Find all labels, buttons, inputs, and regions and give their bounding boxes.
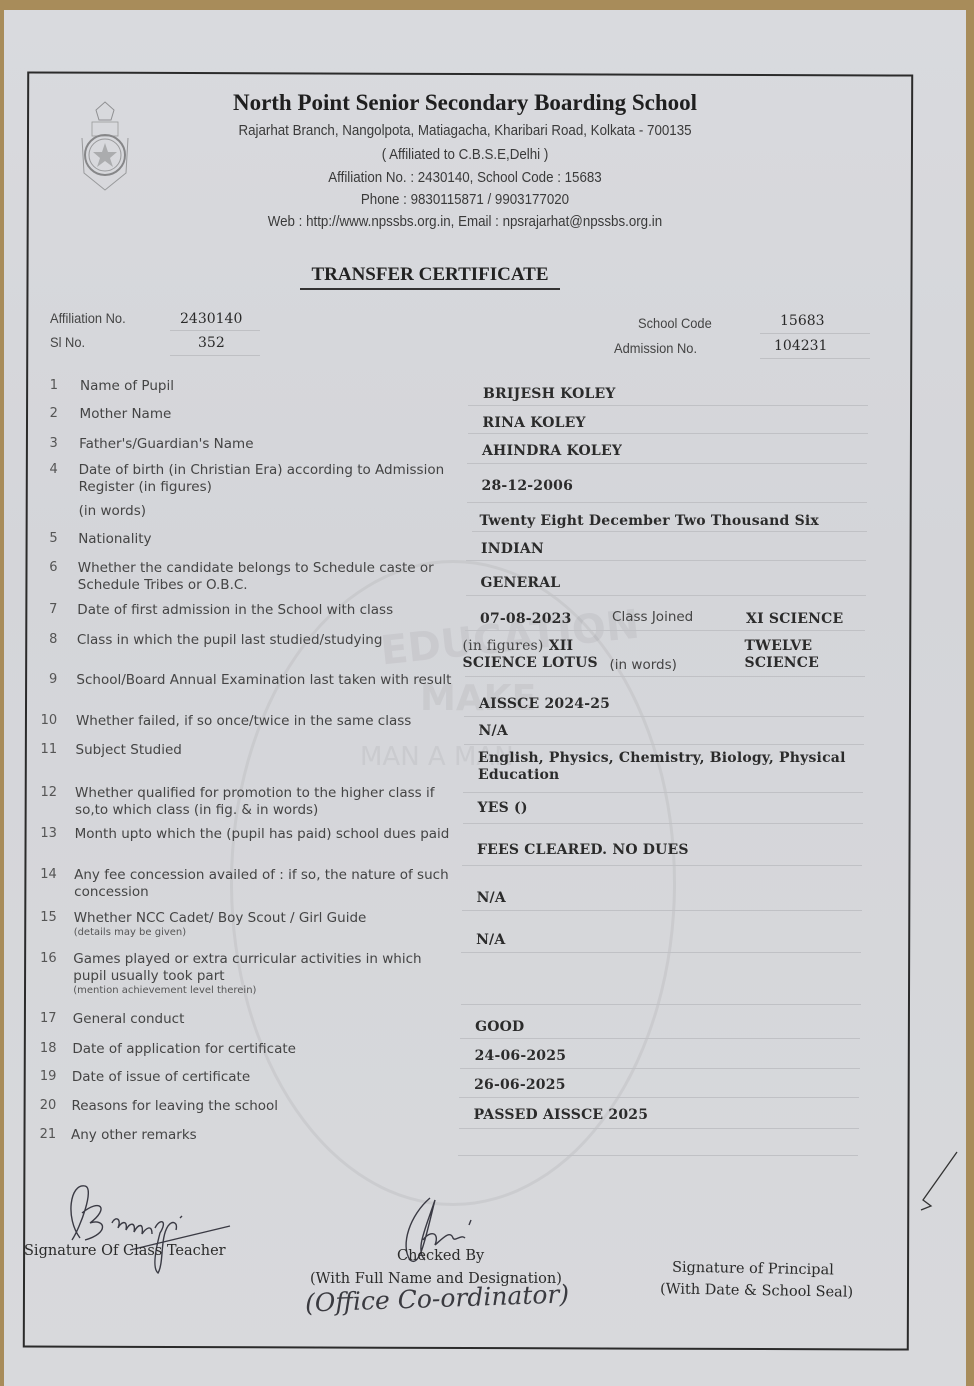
school-crest-icon <box>74 98 136 193</box>
divider <box>460 1038 860 1039</box>
row-number: 2 <box>36 406 58 421</box>
row-number: 15 <box>35 910 57 925</box>
divider <box>467 502 867 503</box>
field-value: BRIJESH KOLEY <box>483 386 863 403</box>
field-label-text: School/Board Annual Examination last tak… <box>76 672 451 688</box>
row-number: 5 <box>36 531 58 546</box>
affiliation-value: 2430140 <box>180 311 242 327</box>
row-number: 3 <box>36 436 58 451</box>
divider <box>468 405 868 406</box>
field-value: English, Physics, Chemistry, Biology, Ph… <box>478 750 858 784</box>
field-label-text: Subject Studied <box>76 742 182 758</box>
divider <box>461 1004 861 1005</box>
field-label-text: Name of Pupil <box>80 378 174 394</box>
divider <box>463 792 863 793</box>
field-label-text: Whether the candidate belongs to Schedul… <box>78 560 434 593</box>
field-value: GENERAL <box>481 575 861 592</box>
divider <box>760 333 870 334</box>
school-name: North Point Senior Secondary Boarding Sc… <box>140 90 790 116</box>
divider <box>462 910 862 911</box>
field-label-text: Nationality <box>78 531 151 547</box>
field-value: N/A <box>476 932 856 949</box>
divider <box>459 1128 859 1129</box>
field-label: Mother Name <box>80 406 460 423</box>
row-number: 13 <box>35 826 57 841</box>
affiliation-line: Affiliation No. : 2430140, School Code :… <box>166 170 764 186</box>
field-value: GOOD <box>475 1019 855 1036</box>
checked-by-label: Checked By <box>397 1248 484 1264</box>
row-number: 12 <box>35 785 57 800</box>
field-value: 24-06-2025 <box>475 1048 855 1065</box>
principal-label: Signature of Principal <box>672 1260 834 1279</box>
row-number: 11 <box>35 742 57 757</box>
field-label: Class in which the pupil last studied/st… <box>77 632 457 649</box>
divider <box>170 330 260 331</box>
field-label: General conduct <box>73 1011 453 1028</box>
divider <box>464 744 864 745</box>
field-value: AHINDRA KOLEY <box>482 443 862 460</box>
divider <box>472 531 867 532</box>
in-words-value: TWELVE SCIENCE <box>745 638 845 672</box>
field-label-text: Whether NCC Cadet/ Boy Scout / Girl Guid… <box>74 910 367 926</box>
divider <box>760 358 870 359</box>
row-number: 18 <box>34 1041 56 1056</box>
divider <box>461 952 861 953</box>
field-value: INDIAN <box>481 541 861 558</box>
row-number: 10 <box>35 713 57 728</box>
row-number: 17 <box>35 1011 57 1026</box>
divider <box>467 463 867 464</box>
divider <box>463 823 863 824</box>
field-value: PASSED AISSCE 2025 <box>474 1107 854 1124</box>
field-label: Date of birth (in Christian Era) accordi… <box>79 462 459 496</box>
school-code-label: School Code <box>638 315 712 331</box>
field-label-text: Month upto which the (pupil has paid) sc… <box>75 826 450 842</box>
row-number: 19 <box>34 1069 56 1084</box>
field-label: Whether failed, if so once/twice in the … <box>76 713 456 730</box>
field-label-text: Any fee concession availed of : if so, t… <box>74 867 448 900</box>
field-label: School/Board Annual Examination last tak… <box>76 672 456 689</box>
field-label: Whether qualified for promotion to the h… <box>75 785 455 819</box>
field-label-text: Class in which the pupil last studied/st… <box>77 632 383 648</box>
field-value: AISSCE 2024-25 <box>479 696 859 713</box>
field-label: Whether NCC Cadet/ Boy Scout / Girl Guid… <box>74 910 454 939</box>
field-label: Nationality <box>78 531 458 548</box>
field-value: N/A <box>479 723 859 740</box>
field-value: FEES CLEARED. NO DUES <box>477 842 857 859</box>
field-label-note: (mention achievement level therein) <box>73 985 453 997</box>
field-label-text: Date of issue of certificate <box>72 1069 250 1085</box>
field-label: Date of application for certificate <box>72 1041 452 1058</box>
field-label-text: Reasons for leaving the school <box>71 1098 278 1114</box>
field-label: Name of Pupil <box>80 378 460 395</box>
class-joined-label: Class Joined <box>612 609 712 626</box>
divider <box>466 560 866 561</box>
web-email-line: Web : http://www.npssbs.org.in, Email : … <box>166 214 764 230</box>
field-label-text: Date of first admission in the School wi… <box>77 602 393 618</box>
in-figures-label: (in figures) <box>463 638 544 654</box>
school-address: Rajarhat Branch, Nangolpota, Matiagacha,… <box>166 123 764 139</box>
row-number: 21 <box>34 1127 56 1142</box>
field-label: Father's/Guardian's Name <box>79 436 459 453</box>
divider <box>466 595 866 596</box>
field-label-text: Mother Name <box>80 406 172 422</box>
row-number: 4 <box>36 462 58 477</box>
field-label: Month upto which the (pupil has paid) sc… <box>75 826 455 843</box>
divider <box>468 433 868 434</box>
field-value: 28-12-2006 <box>482 478 862 495</box>
field-value: 26-06-2025 <box>474 1077 854 1094</box>
field-label-note: (details may be given) <box>74 927 454 939</box>
row-number: 9 <box>35 672 57 687</box>
principal-note: (With Date & School Seal) <box>660 1281 853 1300</box>
field-label-text: Any other remarks <box>71 1127 197 1143</box>
divider <box>170 355 260 356</box>
class-joined-value: XI SCIENCE <box>746 611 866 628</box>
field-label: Games played or extra curricular activit… <box>73 951 453 997</box>
divider <box>462 865 862 866</box>
school-code-value: 15683 <box>780 313 825 329</box>
field-sub-value: Twenty Eight December Two Thousand Six <box>480 513 860 530</box>
field-label-text: Date of birth (in Christian Era) accordi… <box>79 462 445 495</box>
affiliation-label: Affiliation No. <box>50 310 126 326</box>
divider <box>460 1068 860 1069</box>
field-label-text: Date of application for certificate <box>72 1041 296 1057</box>
sl-value: 352 <box>198 335 225 351</box>
field-value: N/A <box>477 890 857 907</box>
class-teacher-signature <box>60 1178 240 1278</box>
field-label: Any fee concession availed of : if so, t… <box>74 867 454 901</box>
phone-line: Phone : 9830115871 / 9903177020 <box>166 192 764 208</box>
row-number: 16 <box>35 951 57 966</box>
field-label: Subject Studied <box>76 742 456 759</box>
row-number: 14 <box>35 867 57 882</box>
field-label: Any other remarks <box>71 1127 451 1144</box>
divider <box>464 716 864 717</box>
class-in-figures: (in figures) XII SCIENCE LOTUS <box>463 638 603 672</box>
admission-value: 104231 <box>774 338 827 354</box>
field-label-text: Whether failed, if so once/twice in the … <box>76 713 411 729</box>
row-number: 6 <box>36 560 58 575</box>
pen-mark <box>915 1150 960 1220</box>
sl-label: Sl No. <box>50 334 85 350</box>
field-label: Reasons for leaving the school <box>71 1098 451 1115</box>
divider <box>465 676 865 677</box>
class-teacher-label: Signature Of Class Teacher <box>24 1243 226 1259</box>
field-label-text: Games played or extra curricular activit… <box>73 951 421 984</box>
field-value: YES () <box>478 800 858 817</box>
row-number: 8 <box>35 632 57 647</box>
field-value: RINA KOLEY <box>483 415 863 432</box>
field-label-text: Father's/Guardian's Name <box>79 436 253 452</box>
row-number: 7 <box>35 602 57 617</box>
admission-label: Admission No. <box>614 340 697 356</box>
row-number: 20 <box>34 1098 56 1113</box>
certificate-title: TRANSFER CERTIFICATE <box>300 264 560 290</box>
field-label-text: General conduct <box>73 1011 185 1027</box>
affiliation-note: ( Affiliated to C.B.S.E,Delhi ) <box>166 147 764 163</box>
field-label: Whether the candidate belongs to Schedul… <box>78 560 458 594</box>
divider <box>465 630 865 631</box>
row-number: 1 <box>36 378 58 393</box>
in-words-label: (in words) <box>610 657 700 674</box>
field-label-text: Whether qualified for promotion to the h… <box>75 785 434 818</box>
divider <box>458 1155 858 1156</box>
divider <box>459 1097 859 1098</box>
field-sub-label: (in words) <box>79 503 459 520</box>
field-label: Date of first admission in the School wi… <box>77 602 457 619</box>
field-label: Date of issue of certificate <box>72 1069 452 1086</box>
